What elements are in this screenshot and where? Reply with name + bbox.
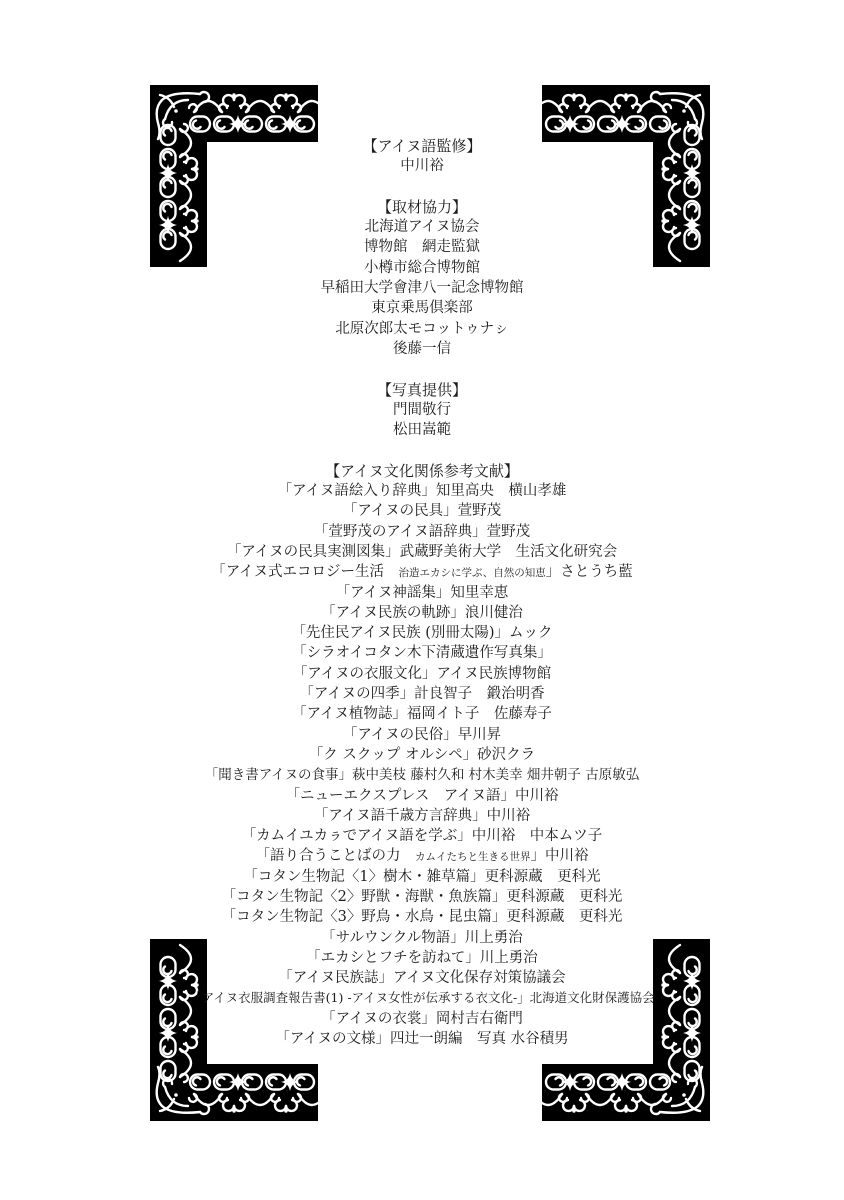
credit-line-text: 「萱野茂のアイヌ語辞典」萱野茂 <box>314 524 530 540</box>
section-heading: 【写真提供】 <box>0 380 844 400</box>
credit-line: 「萱野茂のアイヌ語辞典」萱野茂 <box>0 522 844 542</box>
credit-line: 「サルウンクル物語」川上勇治 <box>0 928 844 948</box>
credit-line: 「シラオイコタン木下清蔵遺作写真集」 <box>0 643 844 663</box>
credit-line-text: 「アイヌ民族誌」アイヌ文化保存対策協議会 <box>278 970 565 986</box>
credit-line: 「コタン生物記〈1〉樹木・雑草篇」更科源蔵 更科光 <box>0 867 844 887</box>
credit-line: 「先住民アイヌ民族 (別冊太陽)」ムック <box>0 623 844 643</box>
credit-line: 「アイヌの衣裳」岡村吉右衛門 <box>0 1009 844 1029</box>
credit-line-text: 「アイヌの衣服文化」アイヌ民族博物館 <box>293 666 551 682</box>
credit-line-text: 「アイヌの衣裳」岡村吉右衛門 <box>321 1011 523 1027</box>
credit-line-text: 「カムイユカㇻでアイヌ語を学ぶ」中川裕 中本ムツ子 <box>242 828 603 844</box>
credit-line: 「アイヌ植物誌」福岡イト子 佐藤寿子 <box>0 704 844 724</box>
credit-line-text: 「アイヌ式エコロジー生活 <box>211 564 398 580</box>
credit-line: 「聞き書アイヌの食事」萩中美枝 藤村久和 村木美幸 畑井朝子 古原敏弘 <box>0 765 844 785</box>
credit-line: 「語り合うことばの力 カムイたちと生きる世界」中川裕 <box>0 846 844 866</box>
credit-line: 早稲田大学會津八一記念博物館 <box>0 278 844 298</box>
credit-line-text: 「アイヌの民俗」早川昇 <box>343 727 501 743</box>
credit-line: 「コタン生物記〈3〉野鳥・水鳥・昆虫篇」更科源蔵 更科光 <box>0 907 844 927</box>
credit-line-text: 「サルウンクル物語」川上勇治 <box>321 930 523 946</box>
credit-line-text: 小樽市総合博物館 <box>364 260 480 276</box>
credit-line-text: 博物館 網走監獄 <box>364 239 480 255</box>
credit-line: 「アイヌの民具実測図集」武蔵野美術大学 生活文化研究会 <box>0 542 844 562</box>
credit-line: 「アイヌ語絵入り辞典」知里高央 横山孝雄 <box>0 481 844 501</box>
credit-line-subtitle: 治造エカシに学ぶ、自然の知恵 <box>398 567 545 579</box>
credit-line-text: 「ニューエクスプレス アイヌ語」中川裕 <box>285 788 558 804</box>
credits-page-content: 【アイヌ語監修】中川裕【取材協力】北海道アイヌ協会博物館 網走監獄小樽市総合博物… <box>0 136 844 1049</box>
section-heading: 【アイヌ文化関係参考文献】 <box>0 461 844 481</box>
credit-line-text: 「アイヌ植物誌」福岡イト子 佐藤寿子 <box>292 706 552 722</box>
credit-line: 「カムイユカㇻでアイヌ語を学ぶ」中川裕 中本ムツ子 <box>0 826 844 846</box>
credit-line-text: 」さとうち藍 <box>546 564 633 580</box>
credit-line: 「アイヌの民具」萱野茂 <box>0 501 844 521</box>
credit-line: 小樽市総合博物館 <box>0 258 844 278</box>
credit-line-text: 「アイヌ民族の軌跡」浪川健治 <box>321 605 523 621</box>
credit-line-text: 「アイヌ衣服調査報告書(1) -アイヌ女性が伝承する衣文化-」北海道文化財保護協… <box>189 990 654 1005</box>
credit-line-text: 「コタン生物記〈1〉樹木・雑草篇」更科源蔵 更科光 <box>243 869 600 885</box>
credit-line-text: 東京乗馬倶楽部 <box>371 300 473 316</box>
credit-line-text: 「語り合うことばの力 <box>256 848 416 864</box>
credit-line-text: 松田嵩範 <box>393 422 451 438</box>
credit-line: 中川裕 <box>0 156 844 176</box>
credit-line: 「アイヌ民族の軌跡」浪川健治 <box>0 603 844 623</box>
credit-line: 「アイヌ式エコロジー生活 治造エカシに学ぶ、自然の知恵」さとうち藍 <box>0 562 844 582</box>
credit-line: 「アイヌの民俗」早川昇 <box>0 725 844 745</box>
credit-line: 北原次郎太モコットゥナㇱ <box>0 319 844 339</box>
credit-line: 「アイヌ民族誌」アイヌ文化保存対策協議会 <box>0 968 844 988</box>
credit-line-text: 後藤一信 <box>393 341 451 357</box>
credit-line-text: 「コタン生物記〈2〉野獣・海獣・魚族篇」更科源蔵 更科光 <box>222 889 623 905</box>
credit-line-text: 「アイヌ神謡集」知里幸恵 <box>336 585 509 601</box>
credit-line-text: 北原次郎太モコットゥナㇱ <box>335 321 508 337</box>
credit-line: 「ニューエクスプレス アイヌ語」中川裕 <box>0 786 844 806</box>
credit-line: 「ク スクップ オルシペ」砂沢クラ <box>0 745 844 765</box>
credit-line-text: 」中川裕 <box>531 848 589 864</box>
credit-line-text: 中川裕 <box>400 158 444 174</box>
credits-section: 【アイヌ文化関係参考文献】「アイヌ語絵入り辞典」知里高央 横山孝雄「アイヌの民具… <box>0 461 844 1050</box>
credit-line-text: 「シラオイコタン木下清蔵遺作写真集」 <box>292 645 552 661</box>
credits-section: 【写真提供】門間敬行松田嵩範 <box>0 380 844 441</box>
credit-line-text: 「エカシとフチを訪ねて」川上勇治 <box>306 950 538 966</box>
credits-section: 【取材協力】北海道アイヌ協会博物館 網走監獄小樽市総合博物館早稲田大学會津八一記… <box>0 197 844 359</box>
credit-line: 門間敬行 <box>0 400 844 420</box>
credit-line-text: 「アイヌ語絵入り辞典」知里高央 横山孝雄 <box>278 483 567 499</box>
credit-line-text: 北海道アイヌ協会 <box>365 219 480 235</box>
credit-line-text: 「アイヌの四季」計良智子 鍛治明香 <box>299 686 544 702</box>
credit-line: 博物館 網走監獄 <box>0 237 844 257</box>
credit-line: 松田嵩範 <box>0 420 844 440</box>
credit-line-text: 「先住民アイヌ民族 (別冊太陽)」ムック <box>291 625 552 641</box>
credit-line: 「エカシとフチを訪ねて」川上勇治 <box>0 948 844 968</box>
credit-line: 後藤一信 <box>0 339 844 359</box>
credit-line-text: 「コタン生物記〈3〉野鳥・水鳥・昆虫篇」更科源蔵 更科光 <box>222 909 623 925</box>
credit-line-text: 「アイヌの民具実測図集」武蔵野美術大学 生活文化研究会 <box>227 544 617 560</box>
credits-section: 【アイヌ語監修】中川裕 <box>0 136 844 177</box>
credit-line: 「アイヌの衣服文化」アイヌ民族博物館 <box>0 664 844 684</box>
credit-line-text: 早稲田大学會津八一記念博物館 <box>321 280 524 296</box>
credit-line: 北海道アイヌ協会 <box>0 217 844 237</box>
credit-line-text: 「聞き書アイヌの食事」萩中美枝 藤村久和 村木美幸 畑井朝子 古原敏弘 <box>205 767 639 783</box>
credit-line: 「アイヌの文様」四辻一朗編 写真 水谷積男 <box>0 1029 844 1049</box>
credit-line: 「アイヌ語千歳方言辞典」中川裕 <box>0 806 844 826</box>
credit-line: 「アイヌの四季」計良智子 鍛治明香 <box>0 684 844 704</box>
credit-line-subtitle: カムイたちと生きる世界 <box>415 851 531 863</box>
credit-line-text: 門間敬行 <box>393 402 451 418</box>
credit-line: 東京乗馬倶楽部 <box>0 298 844 318</box>
credit-line-text: 「アイヌ語千歳方言辞典」中川裕 <box>314 808 530 824</box>
credit-line: 「コタン生物記〈2〉野獣・海獣・魚族篇」更科源蔵 更科光 <box>0 887 844 907</box>
credit-line: 「アイヌ衣服調査報告書(1) -アイヌ女性が伝承する衣文化-」北海道文化財保護協… <box>0 988 844 1008</box>
credit-line: 「アイヌ神謡集」知里幸恵 <box>0 583 844 603</box>
credit-line-text: 「ク スクップ オルシペ」砂沢クラ <box>309 747 535 763</box>
section-heading: 【アイヌ語監修】 <box>0 136 844 156</box>
credit-line-text: 「アイヌの民具」萱野茂 <box>343 503 501 519</box>
section-heading: 【取材協力】 <box>0 197 844 217</box>
credit-line-text: 「アイヌの文様」四辻一朗編 写真 水谷積男 <box>275 1031 568 1047</box>
